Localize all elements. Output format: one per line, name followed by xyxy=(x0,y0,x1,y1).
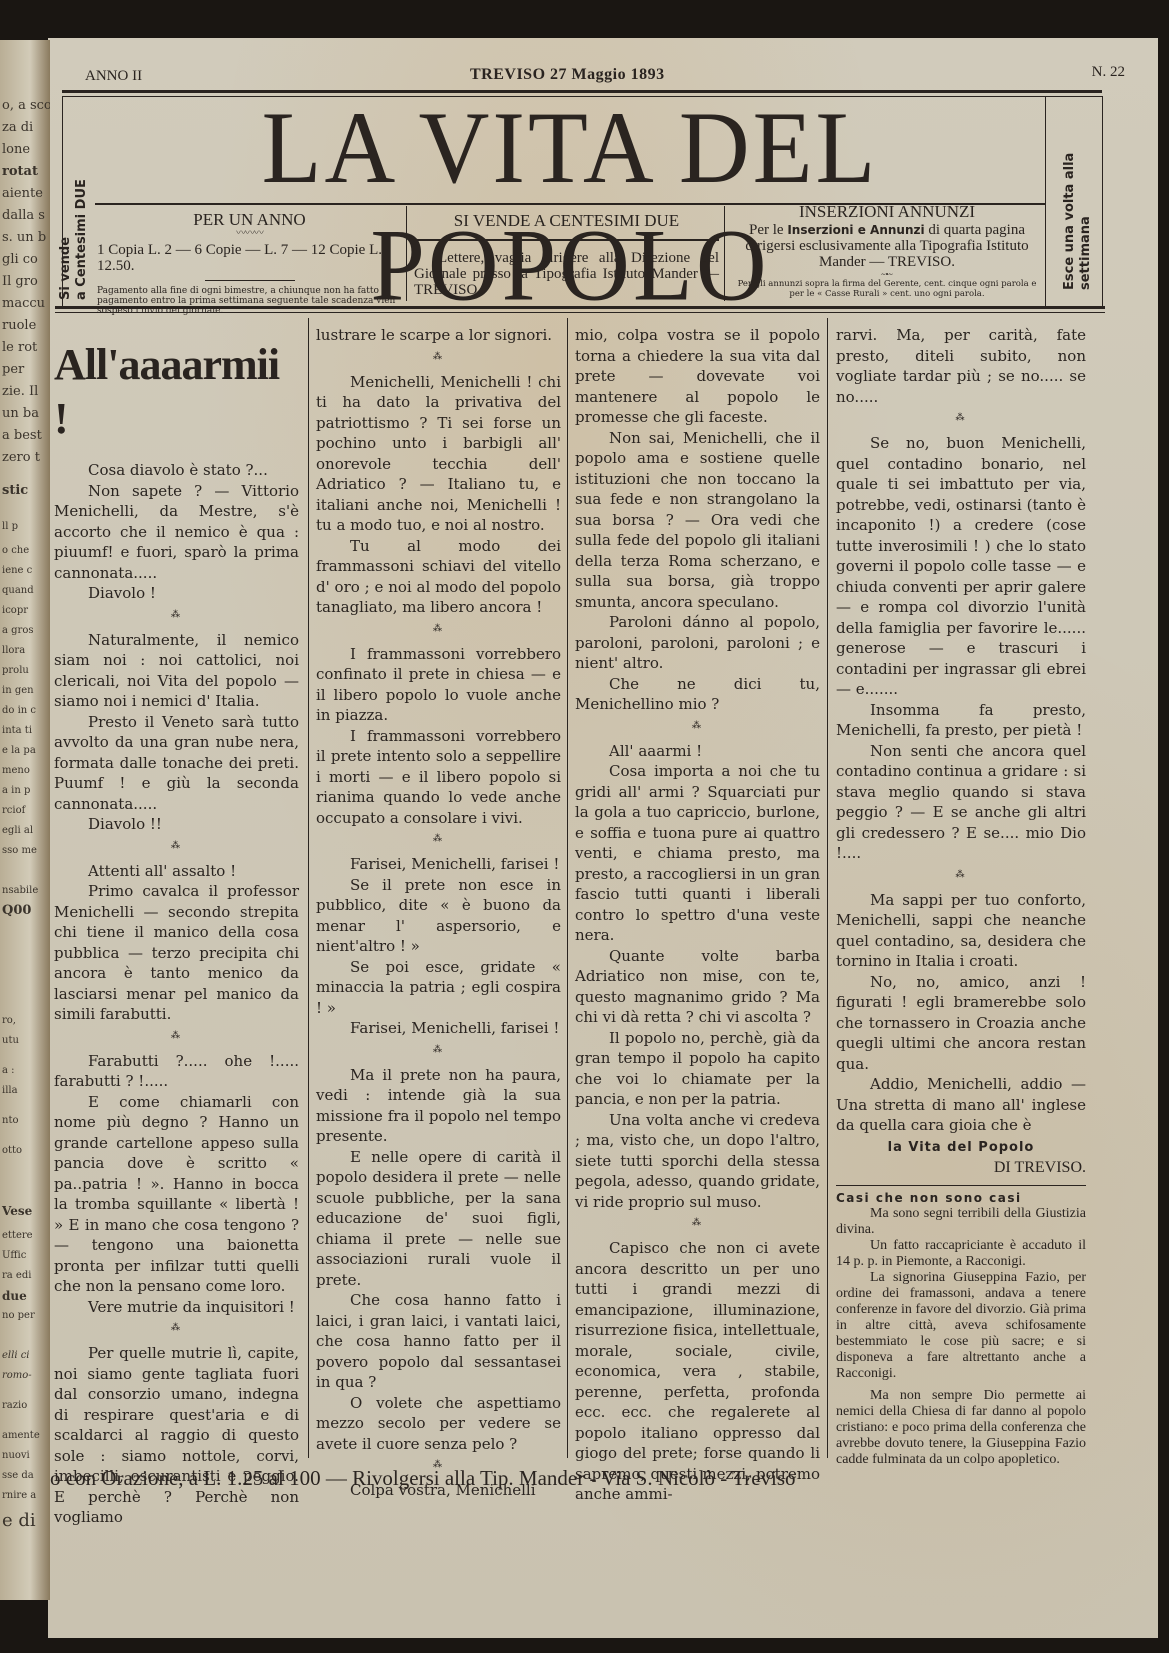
left-fragment: Q00 xyxy=(2,900,31,922)
dateline: TREVISO 27 Maggio 1893 xyxy=(470,66,665,84)
left-fragment: rotat xyxy=(2,161,38,183)
article-column-3: mio, colpa vostra se il popolo torna a c… xyxy=(575,325,820,1505)
asterism: ⁂ xyxy=(836,413,1086,423)
subscription-box: PER UN ANNO 〰〰〰 1 Copia L. 2 — 6 Copie —… xyxy=(97,210,402,316)
left-fragment: un ba xyxy=(2,403,39,425)
asterism: ⁂ xyxy=(575,721,820,731)
left-fragment: sse da xyxy=(2,1465,34,1487)
left-fragment: lone xyxy=(2,139,30,161)
left-fragment: ll p xyxy=(2,520,18,534)
left-fragment: egli al xyxy=(2,820,33,842)
article-column-2: lustrare le scarpe a lor signori. ⁂ Meni… xyxy=(316,325,561,1501)
left-fragment: rnire a xyxy=(2,1485,36,1507)
left-fragment: le rot xyxy=(2,337,37,359)
left-fragment: zie. Il xyxy=(2,381,38,403)
left-fragment: stic xyxy=(2,480,28,502)
divider xyxy=(55,306,1105,309)
column-divider xyxy=(827,318,828,1458)
wavy-rule: 〰〰〰 xyxy=(97,230,402,238)
left-fragment: a : xyxy=(2,1060,15,1082)
divider xyxy=(1045,96,1046,306)
left-fragment: Il gro xyxy=(2,271,38,293)
divider xyxy=(1102,96,1103,306)
left-fragment: quand xyxy=(2,580,34,602)
left-fragment: gli co xyxy=(2,249,38,271)
left-fragment: illa xyxy=(2,1080,18,1102)
left-fragment: icopr xyxy=(2,600,28,622)
left-fragment: aiente xyxy=(2,183,43,205)
masthead-top-line: ANNO II TREVISO 27 Maggio 1893 N. 22 xyxy=(85,62,1125,86)
left-fragment: nto xyxy=(2,1110,18,1132)
ads-bold: Inserzioni e Annunzi xyxy=(787,223,924,237)
divider xyxy=(724,206,725,301)
left-fragment: ruole xyxy=(2,315,36,337)
article-column-4: rarvi. Ma, per carità, fate presto, dite… xyxy=(836,325,1086,1468)
right-vertical-label: Esce una volta alla settimana xyxy=(1062,95,1094,290)
left-fragment: nsabile xyxy=(2,880,38,902)
ads-note: Per gli annunzi sopra la firma del Geren… xyxy=(732,279,1042,299)
article-headline: All'aaaarmii ! xyxy=(54,338,299,446)
left-fragment: romo- xyxy=(2,1365,32,1387)
asterism: ⁂ xyxy=(54,610,299,620)
left-fragment: per xyxy=(2,359,24,381)
left-fragment: do in c xyxy=(2,700,36,722)
left-fragment: ettere xyxy=(2,1225,33,1247)
asterism: ⁂ xyxy=(316,834,561,844)
left-fragment: amente xyxy=(2,1425,40,1447)
asterism: ⁂ xyxy=(54,1031,299,1041)
left-fragment: prolu xyxy=(2,660,29,682)
left-fragment: in gen xyxy=(2,680,34,702)
left-fragment: o, a sco xyxy=(2,95,50,117)
left-fragment: rciof xyxy=(2,800,25,822)
left-fragment: iene c xyxy=(2,560,32,582)
left-fragment: a best xyxy=(2,425,42,447)
sale-box: SI VENDE A CENTESIMI DUE Lettere, vaglia… xyxy=(414,210,719,298)
left-fragment: sso me xyxy=(2,840,37,862)
asterism: ⁂ xyxy=(316,1045,561,1055)
left-fragment: due xyxy=(2,1285,27,1307)
left-fragment: elli ci xyxy=(2,1345,30,1367)
divider xyxy=(205,280,295,281)
asterism: ⁂ xyxy=(316,352,561,362)
asterism: ⁂ xyxy=(836,870,1086,880)
left-fragment: no per xyxy=(2,1305,35,1327)
article-column-1: All'aaaarmii ! Cosa diavolo è stato ?...… xyxy=(54,328,299,1528)
asterism: ⁂ xyxy=(575,1218,820,1228)
subscription-prices: 1 Copia L. 2 — 6 Copie — L. 7 — 12 Copie… xyxy=(97,242,402,274)
left-fragment: zero t xyxy=(2,447,40,469)
asterism: ⁂ xyxy=(316,624,561,634)
left-fragment: llora xyxy=(2,640,25,662)
sidebar-headline: Casi che non sono casi xyxy=(836,1190,1086,1206)
left-fragment: a gros xyxy=(2,620,33,642)
left-fragment: ro, xyxy=(2,1010,16,1032)
left-fragment: Uffic xyxy=(2,1245,26,1267)
issue-year: ANNO II xyxy=(85,68,142,85)
column-divider xyxy=(567,318,568,1458)
left-vertical-label: Si vende a Centesimi DUE xyxy=(58,120,90,300)
left-fragment: ra edi xyxy=(2,1265,31,1287)
left-fragment: inta ti xyxy=(2,720,32,742)
sale-heading: SI VENDE A CENTESIMI DUE xyxy=(414,211,719,231)
ornament: ~•~ xyxy=(732,270,1042,279)
left-fragment: meno xyxy=(2,760,30,782)
left-fragment: maccu xyxy=(2,293,45,315)
divider xyxy=(406,206,407,301)
left-fragment: dalla s xyxy=(2,205,45,227)
left-fragment: o che xyxy=(2,540,29,562)
subscription-heading: PER UN ANNO xyxy=(97,210,402,230)
divider xyxy=(414,239,719,241)
left-fragment: razio xyxy=(2,1395,27,1417)
left-fragment: otto xyxy=(2,1140,22,1162)
divider xyxy=(55,312,1105,313)
left-fragment: utu xyxy=(2,1030,19,1052)
left-fragment: za di xyxy=(2,117,33,139)
issue-number: N. 22 xyxy=(1092,64,1125,81)
article-signature: la Vita del Popolo xyxy=(836,1138,1086,1159)
column-divider xyxy=(308,318,309,1458)
sidebar-article-body: Ma sono segni terribili della Giustizia … xyxy=(836,1206,1086,1468)
left-fragment: e di xyxy=(2,1510,36,1532)
divider xyxy=(836,1185,1086,1186)
article-signature-place: DI TREVISO. xyxy=(836,1158,1086,1179)
left-fragment: e la pa xyxy=(2,740,36,762)
adjacent-page-edge: o, a sco za di lone rotat aiente dalla s… xyxy=(0,40,50,1600)
left-fragment: Vese xyxy=(2,1200,32,1222)
sale-text: Lettere, vaglia dirigere alla Direzione … xyxy=(414,250,719,298)
asterism: ⁂ xyxy=(54,841,299,851)
footer-advert: o con Orazione, a L. 1.25 al 100 — Rivol… xyxy=(50,1466,796,1491)
left-fragment: s. un b xyxy=(2,227,46,249)
left-fragment: a in p xyxy=(2,780,30,802)
asterism: ⁂ xyxy=(54,1323,299,1333)
ads-heading: INSERZIONI ANNUNZI xyxy=(732,202,1042,222)
left-fragment: nuovi xyxy=(2,1445,30,1467)
ads-box: INSERZIONI ANNUNZI Per le Inserzioni e A… xyxy=(732,202,1042,299)
